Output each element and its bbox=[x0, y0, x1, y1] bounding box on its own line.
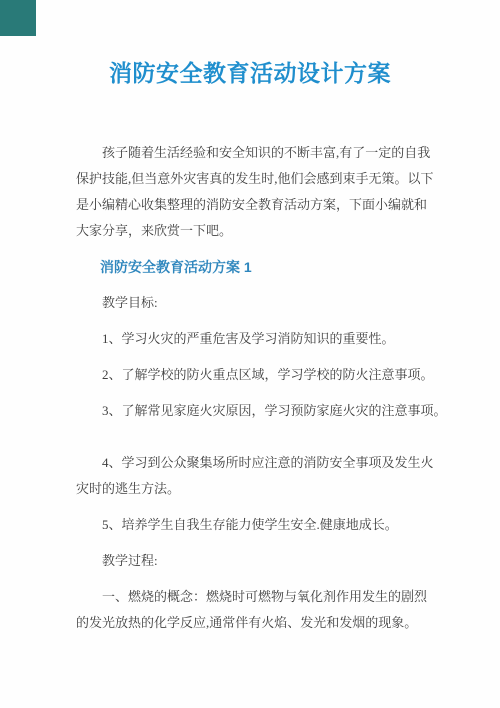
process-label: 教学过程: bbox=[76, 548, 436, 574]
text-line: 的发光放热的化学反应,通常伴有火焰、发光和发烟的现象。 bbox=[76, 610, 436, 636]
process-item-1: 一、燃烧的概念：燃烧时可燃物与氧化剂作用发生的剧烈 的发光放热的化学反应,通常伴… bbox=[76, 584, 436, 636]
text-line: 保护技能,但当意外灾害真的发生时,他们会感到束手无策。以下 bbox=[76, 166, 436, 192]
text-line: 一、燃烧的概念：燃烧时可燃物与氧化剂作用发生的剧烈 bbox=[76, 584, 436, 610]
goal-item-1: 1、学习火灾的严重危害及学习消防知识的重要性。 bbox=[76, 326, 436, 352]
page-title: 消防安全教育活动设计方案 bbox=[0, 0, 500, 90]
text-line: 孩子随着生活经验和安全知识的不断丰富,有了一定的自我 bbox=[76, 140, 436, 166]
intro-paragraph: 孩子随着生活经验和安全知识的不断丰富,有了一定的自我 保护技能,但当意外灾害真的… bbox=[76, 140, 436, 244]
corner-accent-square bbox=[0, 0, 36, 36]
text-line: 是小编精心收集整理的消防安全教育活动方案，下面小编就和 bbox=[76, 192, 436, 218]
goal-item-4: 4、学习到公众聚集场所时应注意的消防安全事项及发生火 灾时的逃生方法。 bbox=[76, 450, 436, 502]
document-body: 孩子随着生活经验和安全知识的不断丰富,有了一定的自我 保护技能,但当意外灾害真的… bbox=[0, 90, 500, 636]
text-line: 4、学习到公众聚集场所时应注意的消防安全事项及发生火 bbox=[76, 450, 436, 476]
goal-item-5: 5、培养学生自我生存能力使学生安全.健康地成长。 bbox=[76, 512, 436, 538]
goal-item-3: 3、了解常见家庭火灾原因，学习预防家庭火灾的注意事项。 bbox=[76, 398, 436, 424]
goal-item-2: 2、了解学校的防火重点区域，学习学校的防火注意事项。 bbox=[76, 362, 436, 388]
text-line: 大家分享，来欣赏一下吧。 bbox=[76, 218, 436, 244]
section-heading: 消防安全教育活动方案 1 bbox=[76, 254, 436, 280]
text-line: 灾时的逃生方法。 bbox=[76, 476, 436, 502]
document-page: 消防安全教育活动设计方案 孩子随着生活经验和安全知识的不断丰富,有了一定的自我 … bbox=[0, 0, 500, 708]
goals-label: 教学目标: bbox=[76, 290, 436, 316]
